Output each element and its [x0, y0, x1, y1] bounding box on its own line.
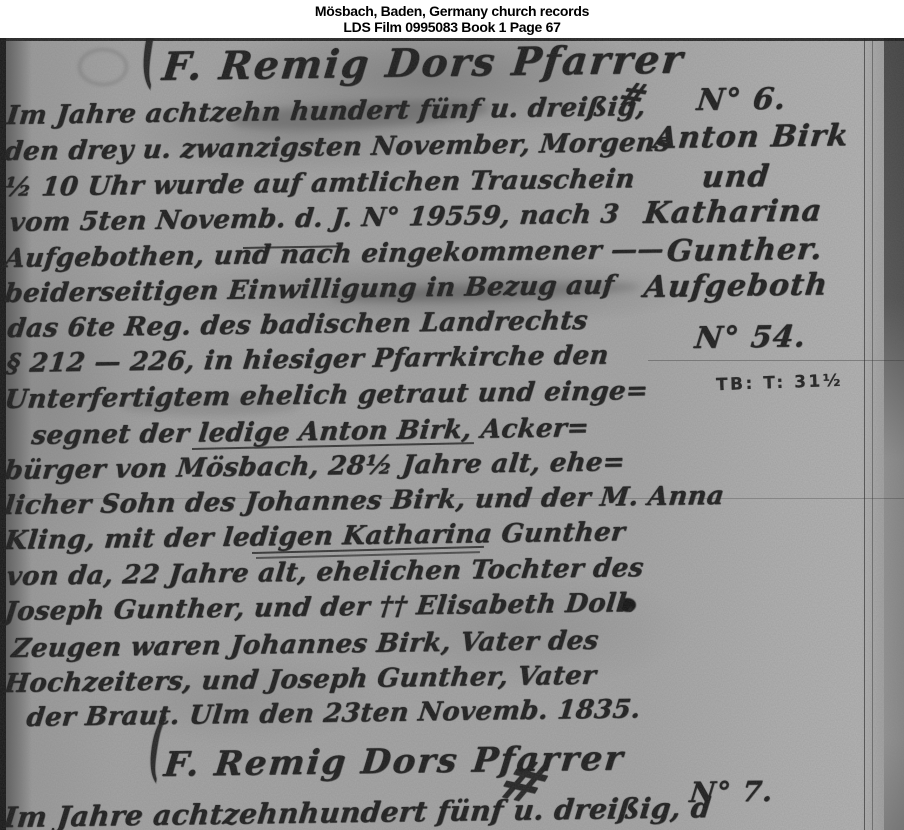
binding-shadow [884, 38, 904, 830]
record-line: bürger von Mösbach, 28½ Jahre alt, ehe= [3, 447, 627, 486]
record-line: Unterfertigtem ehelich getraut und einge… [3, 376, 650, 415]
record-line: licher Sohn des Johannes Birk, und der M… [3, 481, 726, 521]
margin-rule-line [864, 38, 865, 830]
record-line: Zeugen waren Johannes Birk, Vater des [10, 626, 600, 664]
margin-entry-number: N° 6. [695, 82, 788, 118]
heading-flourish: ( [138, 38, 162, 101]
caption-title: Mösbach, Baden, Germany church records [0, 3, 904, 19]
margin-banns-label: Aufgeboth [642, 267, 830, 305]
caption-source: LDS Film 0995083 Book 1 Page 67 [0, 19, 904, 35]
record-line: vom 5ten Novemb. d. J. N° 19559, nach 3 [8, 200, 621, 238]
margin-bride-last-name: Gunther. [665, 232, 825, 269]
faint-ruled-line [648, 360, 904, 361]
margin-next-entry-number: N° 7. [688, 775, 775, 809]
margin-bride-first-name: Katharina [642, 194, 824, 231]
record-line: den drey u. zwanzigsten November, Morgen… [3, 128, 672, 167]
margin-rule-line-2 [872, 38, 873, 830]
scanned-church-record-page: Mösbach, Baden, Germany church records L… [0, 0, 904, 830]
record-line: Im Jahre achtzehn hundert fünf u. dreißi… [5, 92, 647, 131]
record-line: Hochzeiters, und Joseph Gunther, Vater [3, 661, 598, 699]
record-line: von da, 22 Jahre alt, ehelichen Tochter … [5, 553, 645, 592]
margin-clerk-note: TB: T: 31½ [716, 371, 844, 395]
record-line: das 6te Reg. des badischen Landrechts [6, 306, 589, 344]
margin-banns-number: N° 54. [693, 319, 808, 356]
margin-groom-name: Anton Birk [652, 118, 851, 156]
record-line: ½ 10 Uhr wurde auf amtlichen Trauschein [3, 164, 636, 203]
record-line: der Braut. Ulm den 23ten Novemb. 1835. [25, 694, 642, 733]
next-entry-first-line: Im Jahre achtzehnhundert fünf u. dreißig… [2, 791, 713, 830]
entry-heading: F. Remig Dors Pfarrer [160, 38, 687, 90]
ink-smudge [78, 48, 128, 86]
register-scan: ( F. Remig Dors Pfarrer # Im Jahre achtz… [0, 38, 904, 830]
record-line: Joseph Gunther, und der †† Elisabeth Dol… [3, 588, 637, 627]
margin-conjunction: und [700, 159, 772, 195]
record-line: § 212 — 226, in hiesiger Pfarrkirche den [5, 341, 610, 379]
caption-bar: Mösbach, Baden, Germany church records L… [0, 0, 904, 38]
record-line: beiderseitigen Einwilligung in Bezug auf [3, 271, 616, 309]
record-line: Aufgebothen, und nach eingekommener —— [3, 235, 665, 274]
